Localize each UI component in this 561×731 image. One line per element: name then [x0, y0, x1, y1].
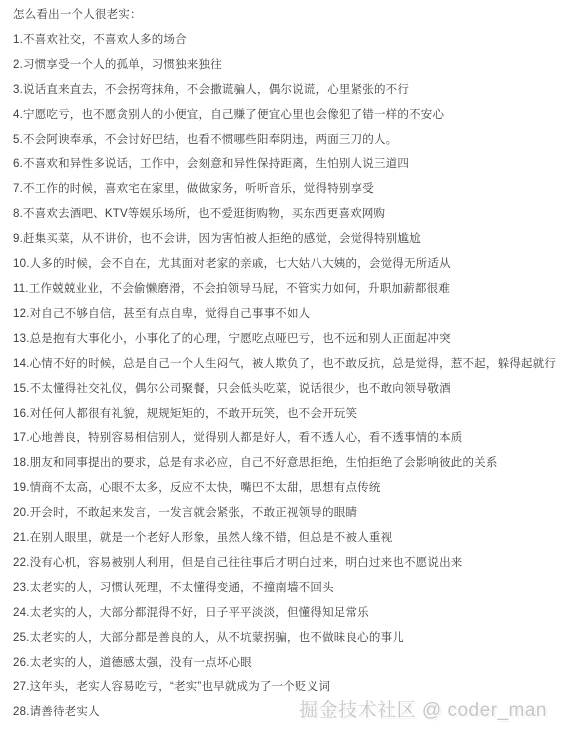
list-item: 21.在别人眼里，就是一个老好人形象，虽然人缘不错，但总是不被人重视	[13, 526, 557, 551]
list-item: 22.没有心机，容易被别人利用，但是自己往往事后才明白过来，明白过来也不愿说出来	[13, 551, 557, 576]
list-item: 24.太老实的人，大部分都混得不好，日子平平淡淡，但懂得知足常乐	[13, 601, 557, 626]
list-item: 2.习惯享受一个人的孤单，习惯独来独往	[13, 53, 557, 78]
list-item: 20.开会时，不敢起来发言，一发言就会紧张，不敢正视领导的眼睛	[13, 501, 557, 526]
list-item: 14.心情不好的时候，总是自己一个人生闷气，被人欺负了，也不敢反抗，总是觉得，惹…	[13, 352, 557, 377]
list-item: 11.工作兢兢业业，不会偷懒磨滑，不会拍领导马屁，不管实力如何，升职加薪都很难	[13, 277, 557, 302]
page-title: 怎么看出一个人很老实：	[13, 3, 557, 28]
list-item: 3.说话直来直去，不会拐弯抹角，不会撒谎骗人，偶尔说谎，心里紧张的不行	[13, 78, 557, 103]
list-item: 19.情商不太高，心眼不太多，反应不太快，嘴巴不太甜，思想有点传统	[13, 476, 557, 501]
list-item: 5.不会阿谀奉承，不会讨好巴结，也看不惯哪些阳奉阴违，两面三刀的人。	[13, 128, 557, 153]
list-item: 1.不喜欢社交，不喜欢人多的场合	[13, 28, 557, 53]
list-item: 4.宁愿吃亏，也不愿贪别人的小便宜，自己赚了便宜心里也会像犯了错一样的不安心	[13, 103, 557, 128]
list-item: 8.不喜欢去酒吧、KTV等娱乐场所，也不爱逛街购物，买东西更喜欢网购	[13, 202, 557, 227]
list-item: 23.太老实的人，习惯认死理，不太懂得变通，不撞南墙不回头	[13, 576, 557, 601]
list-item: 25.太老实的人，大部分都是善良的人，从不坑蒙拐骗，也不做昧良心的事儿	[13, 626, 557, 651]
page: { "colors": { "text": "#3d3d3d", "waterm…	[0, 0, 561, 731]
list-item: 10.人多的时候，会不自在，尤其面对老家的亲戚，七大姑八大姨的，会觉得无所适从	[13, 252, 557, 277]
list-item: 6.不喜欢和异性多说话，工作中，会刻意和异性保持距离，生怕别人说三道四	[13, 152, 557, 177]
list-item: 7.不工作的时候，喜欢宅在家里，做做家务，听听音乐，觉得特别享受	[13, 177, 557, 202]
list-item: 13.总是抱有大事化小，小事化了的心理，宁愿吃点哑巴亏，也不远和别人正面起冲突	[13, 327, 557, 352]
list-item: 17.心地善良，特别容易相信别人，觉得别人都是好人，看不透人心，看不透事情的本质	[13, 426, 557, 451]
list-item: 9.赶集买菜，从不讲价，也不会讲，因为害怕被人拒绝的感觉，会觉得特别尴尬	[13, 227, 557, 252]
list-item: 18.朋友和同事提出的要求，总是有求必应，自己不好意思拒绝，生怕拒绝了会影响彼此…	[13, 451, 557, 476]
list-item: 26.太老实的人，道德感太强，没有一点坏心眼	[13, 651, 557, 676]
list-item: 15.不太懂得社交礼仪，偶尔公司聚餐，只会低头吃菜，说话很少，也不敢向领导敬酒	[13, 377, 557, 402]
list-item: 12.对自己不够自信，甚至有点自卑，觉得自己事事不如人	[13, 302, 557, 327]
list-item: 16.对任何人都很有礼貌，规规矩矩的，不敢开玩笑，也不会开玩笑	[13, 402, 557, 427]
article: 怎么看出一个人很老实： 1.不喜欢社交，不喜欢人多的场合 2.习惯享受一个人的孤…	[13, 3, 557, 725]
watermark: 掘金技术社区 @ coder_man	[299, 695, 547, 722]
